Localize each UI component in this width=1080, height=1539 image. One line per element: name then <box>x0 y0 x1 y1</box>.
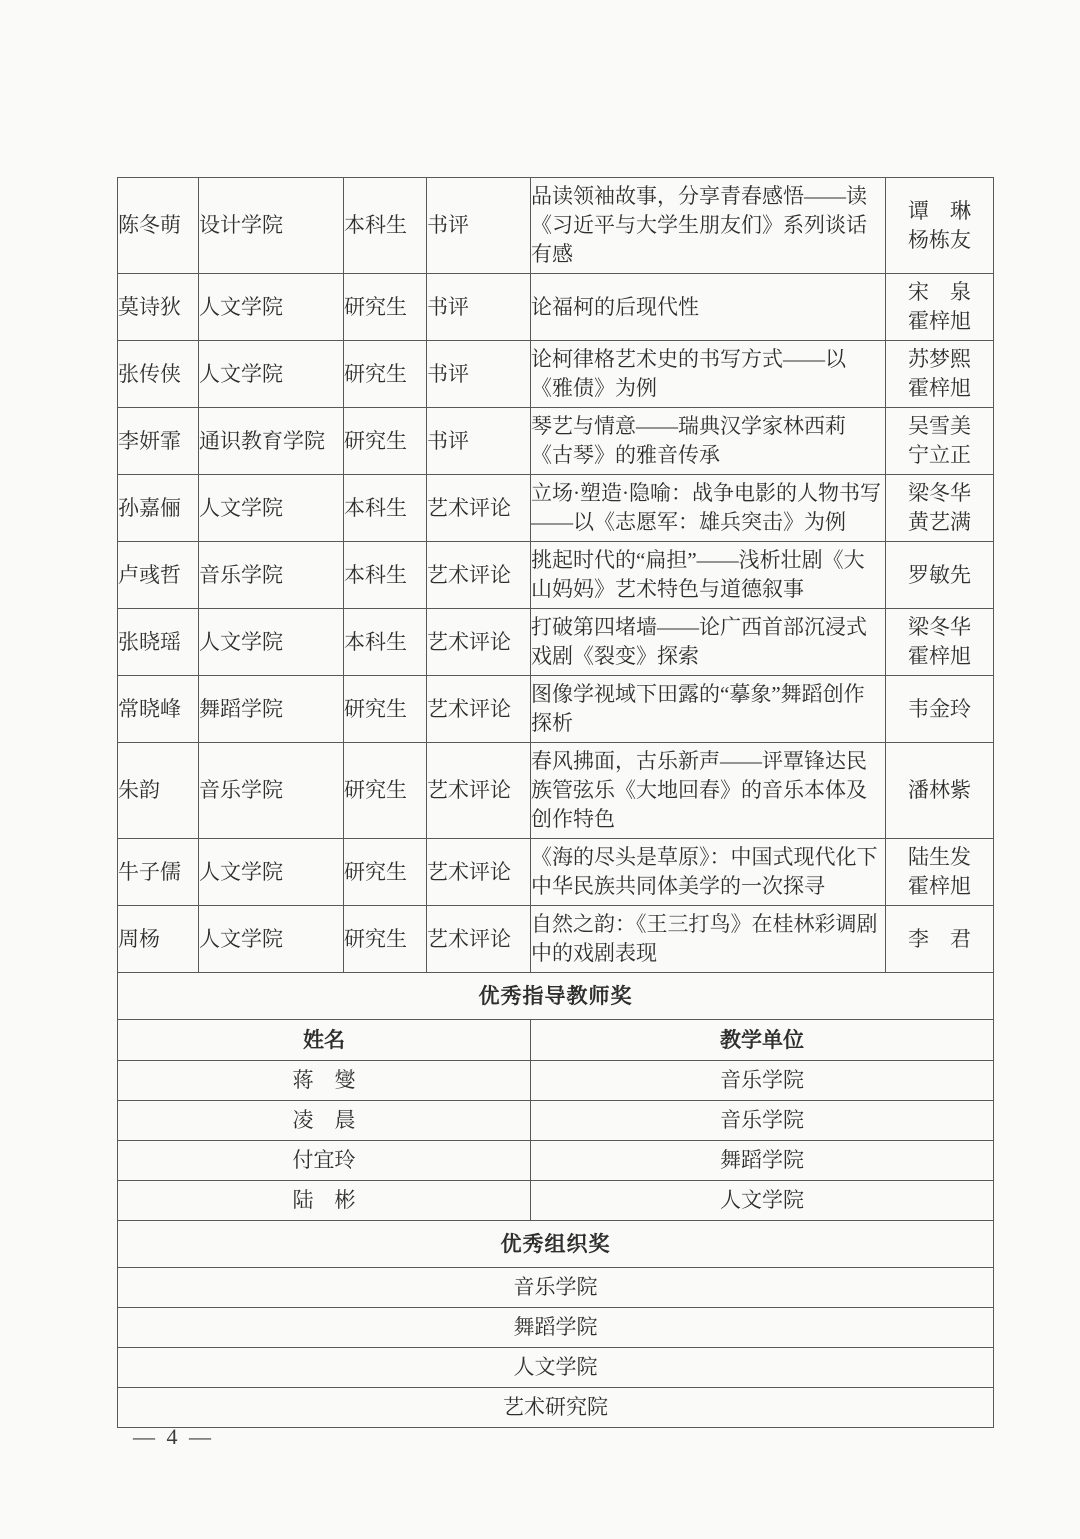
advisor-name: 韦金玲 <box>886 695 993 724</box>
student-level-cell: 本科生 <box>344 475 427 542</box>
table-row: 卢彧哲音乐学院本科生艺术评论挑起时代的“扁担”——浅析壮剧《大山妈妈》艺术特色与… <box>118 542 994 609</box>
advisor-name: 李 君 <box>886 925 993 954</box>
advisors-cell: 韦金玲 <box>886 676 994 743</box>
winner-name-cell: 朱韵 <box>118 743 199 839</box>
winner-name-cell: 周杨 <box>118 906 199 973</box>
section-header-row: 优秀组织奖 <box>118 1221 994 1268</box>
table-row: 张晓瑶人文学院本科生艺术评论打破第四堵墙——论广西首部沉浸式戏剧《裂变》探索梁冬… <box>118 609 994 676</box>
winner-name-cell: 李妍霏 <box>118 408 199 475</box>
category-cell: 艺术评论 <box>427 743 531 839</box>
advisor-name: 黄艺满 <box>886 508 993 537</box>
column-header-row: 姓名 教学单位 <box>118 1020 994 1061</box>
table-row: 常晓峰舞蹈学院研究生艺术评论图像学视域下田露的“摹象”舞蹈创作探析韦金玲 <box>118 676 994 743</box>
table-row: 陆 彬人文学院 <box>118 1181 994 1221</box>
advisors-cell: 谭 琳杨栋友 <box>886 178 994 274</box>
category-cell: 艺术评论 <box>427 609 531 676</box>
organization-cell: 人文学院 <box>118 1348 994 1388</box>
advisors-cell: 吴雪美宁立正 <box>886 408 994 475</box>
teacher-award-section-title: 优秀指导教师奖 <box>118 973 994 1020</box>
winner-name-cell: 张晓瑶 <box>118 609 199 676</box>
table-row: 朱韵音乐学院研究生艺术评论春风拂面，古乐新声——评覃锋达民族管弦乐《大地回春》的… <box>118 743 994 839</box>
advisor-name: 梁冬华 <box>886 613 993 642</box>
teacher-unit-header: 教学单位 <box>531 1020 994 1061</box>
category-cell: 艺术评论 <box>427 839 531 906</box>
work-title-cell: 《海的尽头是草原》：中国式现代化下中华民族共同体美学的一次探寻 <box>531 839 886 906</box>
winner-name-cell: 张传侠 <box>118 341 199 408</box>
advisor-name: 霍梓旭 <box>886 374 993 403</box>
table-row: 张传侠人文学院研究生书评论柯律格艺术史的书写方式——以《雅债》为例苏梦熙霍梓旭 <box>118 341 994 408</box>
advisor-name: 苏梦熙 <box>886 345 993 374</box>
table-row: 周杨人文学院研究生艺术评论自然之韵：《王三打鸟》在桂林彩调剧中的戏剧表现李 君 <box>118 906 994 973</box>
table-row: 艺术研究院 <box>118 1388 994 1428</box>
teacher-awards-section: 优秀指导教师奖 姓名 教学单位 蒋 燮音乐学院凌 晨音乐学院付宜玲舞蹈学院陆 彬… <box>118 973 994 1221</box>
table-row: 牛子儒人文学院研究生艺术评论《海的尽头是草原》：中国式现代化下中华民族共同体美学… <box>118 839 994 906</box>
college-cell: 设计学院 <box>199 178 344 274</box>
student-level-cell: 研究生 <box>344 839 427 906</box>
work-title-cell: 挑起时代的“扁担”——浅析壮剧《大山妈妈》艺术特色与道德叙事 <box>531 542 886 609</box>
advisors-cell: 潘林紫 <box>886 743 994 839</box>
teacher-unit-cell: 音乐学院 <box>531 1101 994 1141</box>
advisors-cell: 梁冬华黄艺满 <box>886 475 994 542</box>
student-level-cell: 研究生 <box>344 743 427 839</box>
college-cell: 人文学院 <box>199 839 344 906</box>
organization-cell: 音乐学院 <box>118 1268 994 1308</box>
advisor-name: 罗敏先 <box>886 561 993 590</box>
college-cell: 人文学院 <box>199 906 344 973</box>
work-title-cell: 论柯律格艺术史的书写方式——以《雅债》为例 <box>531 341 886 408</box>
category-cell: 艺术评论 <box>427 906 531 973</box>
advisors-cell: 梁冬华霍梓旭 <box>886 609 994 676</box>
advisor-name: 杨栋友 <box>886 226 993 255</box>
student-level-cell: 研究生 <box>344 906 427 973</box>
page-number: — 4 — <box>133 1424 214 1450</box>
advisor-name: 吴雪美 <box>886 412 993 441</box>
table-row: 音乐学院 <box>118 1268 994 1308</box>
advisor-name: 霍梓旭 <box>886 872 993 901</box>
winner-name-cell: 莫诗狄 <box>118 274 199 341</box>
work-title-cell: 品读领袖故事，分享青春感悟——读《习近平与大学生朋友们》系列谈话有感 <box>531 178 886 274</box>
student-level-cell: 研究生 <box>344 676 427 743</box>
table-row: 凌 晨音乐学院 <box>118 1101 994 1141</box>
table-row: 莫诗狄人文学院研究生书评论福柯的后现代性宋 泉霍梓旭 <box>118 274 994 341</box>
organization-cell: 艺术研究院 <box>118 1388 994 1428</box>
college-cell: 音乐学院 <box>199 542 344 609</box>
teacher-unit-cell: 音乐学院 <box>531 1061 994 1101</box>
winner-name-cell: 常晓峰 <box>118 676 199 743</box>
teacher-unit-cell: 人文学院 <box>531 1181 994 1221</box>
advisors-cell: 苏梦熙霍梓旭 <box>886 341 994 408</box>
advisor-name: 陆生发 <box>886 843 993 872</box>
work-title-cell: 琴艺与情意——瑞典汉学家林西莉《古琴》的雅音传承 <box>531 408 886 475</box>
teacher-name-cell: 付宜玲 <box>118 1141 531 1181</box>
student-level-cell: 研究生 <box>344 274 427 341</box>
student-level-cell: 研究生 <box>344 341 427 408</box>
table-row: 陈冬萌设计学院本科生书评品读领袖故事，分享青春感悟——读《习近平与大学生朋友们》… <box>118 178 994 274</box>
category-cell: 艺术评论 <box>427 676 531 743</box>
winner-name-cell: 卢彧哲 <box>118 542 199 609</box>
teacher-name-cell: 蒋 燮 <box>118 1061 531 1101</box>
organization-award-section-title: 优秀组织奖 <box>118 1221 994 1268</box>
student-level-cell: 本科生 <box>344 178 427 274</box>
winner-name-cell: 孙嘉俪 <box>118 475 199 542</box>
winner-name-cell: 陈冬萌 <box>118 178 199 274</box>
teacher-name-cell: 凌 晨 <box>118 1101 531 1141</box>
category-cell: 艺术评论 <box>427 475 531 542</box>
work-title-cell: 论福柯的后现代性 <box>531 274 886 341</box>
table-row: 蒋 燮音乐学院 <box>118 1061 994 1101</box>
college-cell: 人文学院 <box>199 341 344 408</box>
student-level-cell: 本科生 <box>344 609 427 676</box>
college-cell: 人文学院 <box>199 475 344 542</box>
work-title-cell: 打破第四堵墙——论广西首部沉浸式戏剧《裂变》探索 <box>531 609 886 676</box>
category-cell: 书评 <box>427 341 531 408</box>
advisor-name: 潘林紫 <box>886 776 993 805</box>
table-row: 孙嘉俪人文学院本科生艺术评论立场·塑造·隐喻：战争电影的人物书写——以《志愿军：… <box>118 475 994 542</box>
work-title-cell: 春风拂面，古乐新声——评覃锋达民族管弦乐《大地回春》的音乐本体及创作特色 <box>531 743 886 839</box>
college-cell: 人文学院 <box>199 274 344 341</box>
advisor-name: 霍梓旭 <box>886 307 993 336</box>
advisor-name: 霍梓旭 <box>886 642 993 671</box>
work-title-cell: 图像学视域下田露的“摹象”舞蹈创作探析 <box>531 676 886 743</box>
college-cell: 通识教育学院 <box>199 408 344 475</box>
category-cell: 书评 <box>427 408 531 475</box>
category-cell: 书评 <box>427 274 531 341</box>
work-title-cell: 立场·塑造·隐喻：战争电影的人物书写——以《志愿军：雄兵突击》为例 <box>531 475 886 542</box>
table-row: 舞蹈学院 <box>118 1308 994 1348</box>
college-cell: 舞蹈学院 <box>199 676 344 743</box>
college-cell: 人文学院 <box>199 609 344 676</box>
table-row: 人文学院 <box>118 1348 994 1388</box>
teacher-name-header: 姓名 <box>118 1020 531 1061</box>
advisors-cell: 李 君 <box>886 906 994 973</box>
document-page: 陈冬萌设计学院本科生书评品读领袖故事，分享青春感悟——读《习近平与大学生朋友们》… <box>0 0 1080 1539</box>
awards-table: 陈冬萌设计学院本科生书评品读领袖故事，分享青春感悟——读《习近平与大学生朋友们》… <box>117 177 994 1428</box>
category-cell: 艺术评论 <box>427 542 531 609</box>
table-row: 李妍霏通识教育学院研究生书评琴艺与情意——瑞典汉学家林西莉《古琴》的雅音传承吴雪… <box>118 408 994 475</box>
teacher-name-cell: 陆 彬 <box>118 1181 531 1221</box>
advisors-cell: 罗敏先 <box>886 542 994 609</box>
college-cell: 音乐学院 <box>199 743 344 839</box>
advisors-cell: 陆生发霍梓旭 <box>886 839 994 906</box>
student-level-cell: 研究生 <box>344 408 427 475</box>
work-title-cell: 自然之韵：《王三打鸟》在桂林彩调剧中的戏剧表现 <box>531 906 886 973</box>
advisor-name: 宁立正 <box>886 441 993 470</box>
organization-cell: 舞蹈学院 <box>118 1308 994 1348</box>
student-level-cell: 本科生 <box>344 542 427 609</box>
advisor-name: 梁冬华 <box>886 479 993 508</box>
winner-name-cell: 牛子儒 <box>118 839 199 906</box>
category-cell: 书评 <box>427 178 531 274</box>
table-row: 付宜玲舞蹈学院 <box>118 1141 994 1181</box>
section-header-row: 优秀指导教师奖 <box>118 973 994 1020</box>
teacher-unit-cell: 舞蹈学院 <box>531 1141 994 1181</box>
advisors-cell: 宋 泉霍梓旭 <box>886 274 994 341</box>
advisor-name: 谭 琳 <box>886 197 993 226</box>
organization-awards-section: 优秀组织奖 音乐学院舞蹈学院人文学院艺术研究院 <box>118 1221 994 1428</box>
advisor-name: 宋 泉 <box>886 278 993 307</box>
awards-rows: 陈冬萌设计学院本科生书评品读领袖故事，分享青春感悟——读《习近平与大学生朋友们》… <box>118 178 994 973</box>
